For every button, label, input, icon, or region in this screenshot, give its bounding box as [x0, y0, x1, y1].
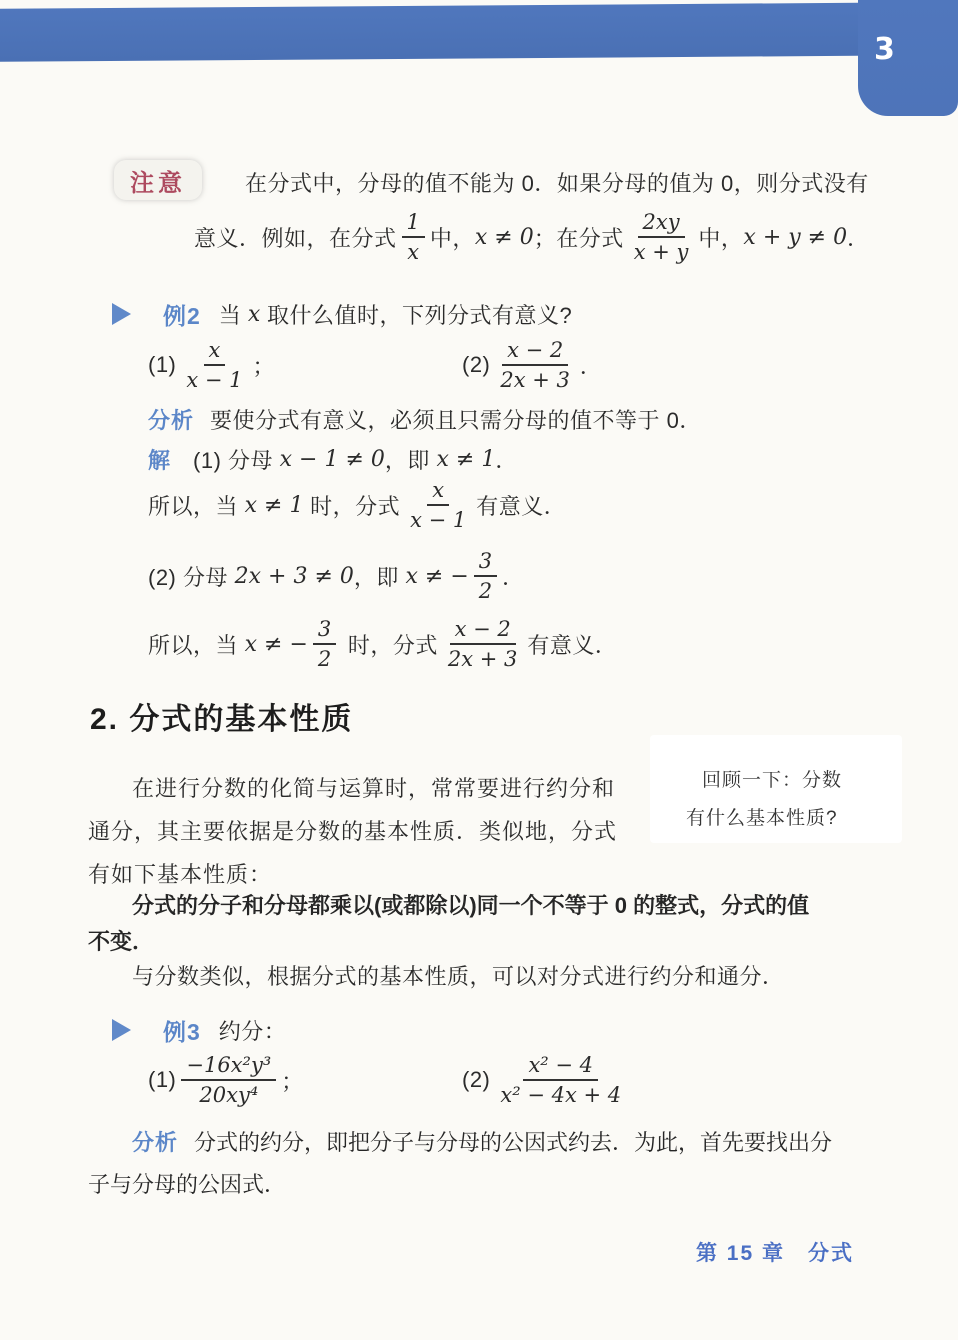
text-segment: 取什么值时，下列分式有意义? — [260, 299, 572, 330]
text-segment: 有意义． — [527, 629, 617, 660]
text-segment: 时，分式 — [303, 490, 400, 521]
paragraph-line: 通分，其主要依据是分数的基本性质．类似地，分式 — [88, 815, 617, 846]
text-segment: 所以，当 — [148, 629, 245, 660]
fraction: x x − 1 — [181, 338, 247, 392]
math-segment: x + y ≠ 0 — [743, 225, 847, 250]
fraction-numerator: 3 — [474, 549, 497, 577]
problem-index: (2) — [462, 1067, 490, 1093]
fraction: x x − 1 — [405, 478, 471, 532]
solution-label: 解 — [148, 444, 171, 475]
math-segment: 2x + 3 ≠ 0 — [235, 564, 354, 589]
sidenote-line-1: 回顾一下：分数 — [702, 765, 842, 792]
text-segment: 时，分式 — [341, 629, 438, 660]
example2-label: 例2 — [163, 298, 201, 331]
textbook-page: 3 注意 在分式中，分母的值不能为 0．如果分母的值为 0，则分式没有 意义．例… — [0, 0, 958, 1340]
header-bar — [0, 2, 958, 62]
text-segment: ，即 — [385, 444, 437, 475]
text-segment: 中， — [430, 222, 475, 253]
text-segment: 有意义． — [476, 490, 566, 521]
page-number: 3 — [874, 32, 895, 67]
math-segment: x ≠ − — [406, 564, 469, 589]
example3-heading: 例3 约分： — [163, 1014, 286, 1046]
page-tab: 3 — [858, 0, 958, 116]
note-badge-label: 注意 — [130, 163, 186, 198]
text-segment: 中， — [698, 222, 743, 253]
fraction: 1 x — [402, 210, 425, 264]
example2-solution-line-3: (2) 分母 2x + 3 ≠ 0 ，即 x ≠ − 3 2 ． — [148, 541, 525, 611]
fraction-denominator: 2 — [474, 577, 497, 603]
paragraph-line: 与分数类似，根据分式的基本性质，可以对分式进行约分和通分． — [132, 960, 785, 991]
problem-index: (1) — [148, 352, 176, 378]
fraction: 3 2 — [313, 617, 336, 671]
fraction: x − 2 2x + 3 — [443, 617, 523, 671]
text-segment: ． — [580, 350, 603, 381]
paragraph-line: 在进行分数的化简与运算时，常常要进行约分和 — [132, 772, 615, 803]
example3-problem-1: (1) −16x²y³ 20xy⁴ ； — [148, 1046, 304, 1114]
text-segment: 当 — [219, 299, 248, 330]
example3-analysis: 分析分式的约分，即把分子与分母的公因式约去．为此，首先要找出分子与分母的公因式． — [88, 1122, 848, 1206]
fraction-numerator: x² − 4 — [523, 1053, 598, 1081]
math-segment: x ≠ 1 — [437, 447, 496, 472]
math-segment: x ≠ − — [245, 632, 308, 657]
sidenote-line-2: 有什么基本性质? — [686, 803, 838, 830]
fraction-numerator: x − 2 — [502, 338, 568, 366]
example3-label: 例3 — [163, 1014, 201, 1047]
example2-solution-line-4: 所以，当 x ≠ − 3 2 时，分式 x − 2 2x + 3 有意义． — [148, 609, 617, 679]
fraction-denominator: x − 1 — [405, 506, 471, 532]
fraction-numerator: −16x²y³ — [181, 1053, 276, 1081]
math-segment: x — [248, 302, 260, 327]
text-segment: ． — [502, 561, 525, 592]
text-segment: 意义．例如，在分式 — [194, 222, 397, 253]
fraction-denominator: 2x + 3 — [443, 645, 523, 671]
fraction: 2xy x + y — [629, 210, 694, 264]
fraction-denominator: 2 — [313, 645, 336, 671]
problem-index: (1) — [148, 1067, 176, 1093]
text-segment: ． — [495, 444, 518, 475]
text-segment: ； — [281, 1065, 304, 1096]
fraction-numerator: x − 2 — [450, 617, 516, 645]
example-marker-icon — [112, 1019, 131, 1041]
fraction-denominator: x — [402, 238, 424, 264]
fraction-numerator: 1 — [402, 210, 425, 238]
property-statement: 分式的分子和分母都乘以(或都除以)同一个不等于 0 的整式，分式的值不变． — [88, 888, 823, 959]
fraction-numerator: x — [204, 338, 226, 366]
footer-chapter-label: 第 15 章 分式 — [696, 1237, 854, 1267]
paragraph-line: 有如下基本性质： — [88, 858, 272, 889]
fraction-denominator: x + y — [629, 238, 694, 264]
math-segment: x ≠ 0 — [475, 225, 534, 250]
fraction-numerator: 3 — [313, 617, 336, 645]
fraction: x² − 4 x² − 4x + 4 — [495, 1053, 626, 1107]
fraction-denominator: 20xy⁴ — [194, 1081, 263, 1107]
example2-analysis: 分析 要使分式有意义，必须且只需分母的值不等于 0． — [148, 403, 702, 435]
analysis-label: 分析 — [132, 1130, 178, 1155]
analysis-label: 分析 — [148, 404, 194, 435]
analysis-text: 要使分式有意义，必须且只需分母的值不等于 0． — [210, 404, 702, 435]
fraction-numerator: x — [427, 478, 449, 506]
note-line-1: 在分式中，分母的值不能为 0．如果分母的值为 0，则分式没有 — [245, 167, 869, 198]
text-segment: ，即 — [354, 561, 406, 592]
note-badge: 注意 — [114, 160, 202, 200]
example2-solution-line-2: 所以，当 x ≠ 1 时，分式 x x − 1 有意义． — [148, 475, 566, 535]
text-segment: 约分： — [219, 1015, 287, 1046]
text-segment: 所以，当 — [148, 490, 245, 521]
problem-index: (2) — [462, 352, 490, 378]
fraction-denominator: 2x + 3 — [495, 366, 575, 392]
fraction: −16x²y³ 20xy⁴ — [181, 1053, 276, 1107]
fraction-denominator: x² − 4x + 4 — [495, 1081, 626, 1107]
text-segment: ． — [847, 222, 870, 253]
math-segment: x ≠ 1 — [245, 493, 304, 518]
note-line-2: 意义．例如，在分式 1 x 中， x ≠ 0 ；在分式 2xy x + y 中，… — [194, 204, 870, 270]
example2-problem-1: (1) x x − 1 ； — [148, 333, 275, 397]
example-marker-icon — [112, 303, 131, 325]
example2-heading: 例2 当 x 取什么值时，下列分式有意义? — [163, 298, 572, 330]
analysis-text: 分式的约分，即把分子与分母的公因式约去．为此，首先要找出分子与分母的公因式． — [88, 1130, 832, 1197]
example3-problem-2: (2) x² − 4 x² − 4x + 4 — [462, 1046, 631, 1114]
section-heading: 2. 分式的基本性质 — [90, 694, 353, 738]
fraction: 3 2 — [474, 549, 497, 603]
text-segment: ； — [253, 350, 276, 381]
fraction: x − 2 2x + 3 — [495, 338, 575, 392]
fraction-denominator: x − 1 — [181, 366, 247, 392]
math-segment: x − 1 ≠ 0 — [280, 447, 385, 472]
example2-problem-2: (2) x − 2 2x + 3 ． — [462, 333, 602, 397]
sidenote-box: 回顾一下：分数 有什么基本性质? — [650, 735, 902, 843]
text-segment: ；在分式 — [534, 222, 624, 253]
text-segment: (2) 分母 — [148, 561, 235, 592]
fraction-numerator: 2xy — [638, 210, 685, 238]
example2-solution-line-1: 解 (1) 分母 x − 1 ≠ 0 ，即 x ≠ 1 ． — [148, 443, 518, 475]
text-segment: (1) 分母 — [193, 444, 280, 475]
